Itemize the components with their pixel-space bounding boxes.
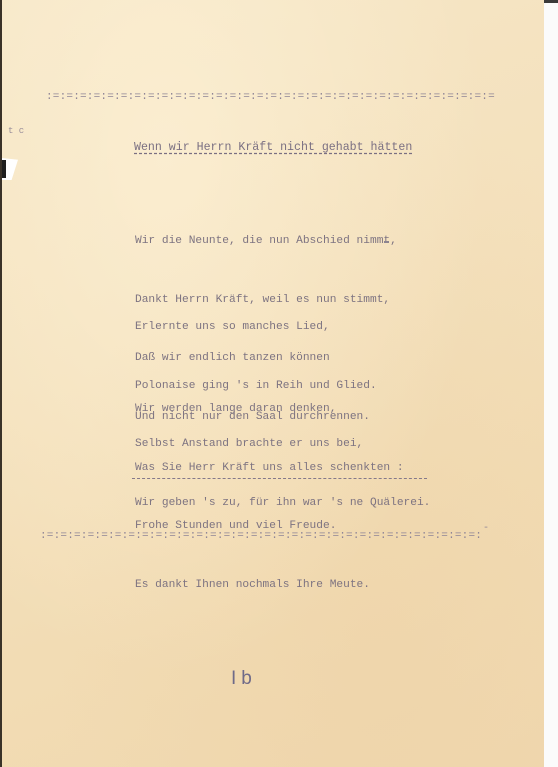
handwritten-page-mark: Ib	[231, 668, 257, 690]
margin-mark: t c	[8, 126, 24, 136]
poem-line: Wir die Neunte, die nun Abschied nimmt,	[135, 232, 397, 252]
decorative-border-tail: -	[483, 523, 489, 534]
stanza-3: Wir werden lange daran denken, Was Sie H…	[135, 361, 404, 634]
poem-line: Was Sie Herr Kräft uns alles schenkten :	[135, 459, 404, 479]
torn-edge-shadow	[2, 160, 6, 178]
poem-line: Es dankt Ihnen nochmals Ihre Meute.	[135, 576, 404, 596]
decorative-border-top: :=:=:=:=:=:=:=:=:=:=:=:=:=:=:=:=:=:=:=:=…	[46, 91, 496, 103]
decorative-border-bottom: :=:=:=:=:=:=:=:=:=:=:=:=:=:=:=:=:=:=:=:=…	[40, 530, 480, 542]
stray-typewriter-mark	[384, 241, 389, 243]
poem-line: Erlernte uns so manches Lied,	[135, 318, 430, 338]
scan-background-strip	[544, 0, 558, 767]
poem-title: Wenn wir Herrn Kräft nicht gehabt hätten	[134, 141, 412, 154]
poem-line: Wir werden lange daran denken,	[135, 400, 404, 420]
dashed-separator	[132, 478, 427, 479]
typed-document-page: t c :=:=:=:=:=:=:=:=:=:=:=:=:=:=:=:=:=:=…	[0, 0, 544, 767]
